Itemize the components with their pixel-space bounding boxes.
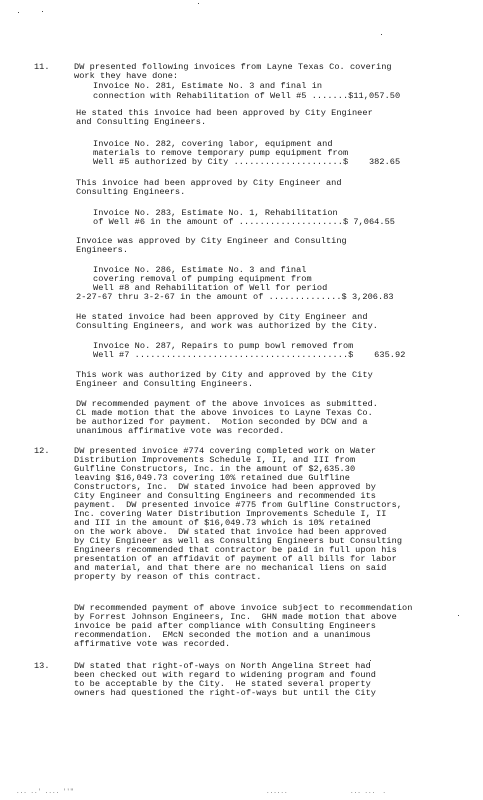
item-number-12: 12. xyxy=(34,446,49,456)
invoice-286-note: Consulting Engineers, and work was autho… xyxy=(76,321,378,331)
invoice-281-line: connection with Rehabilitation of Well #… xyxy=(93,91,400,101)
scan-speck xyxy=(381,34,382,35)
document-page: 11. DW presented following invoices from… xyxy=(0,0,483,800)
item-11-line: work they have done: xyxy=(74,71,178,81)
item-12-line: property by reason of this contract. xyxy=(74,572,261,582)
footer-center-mark: ...... xyxy=(266,788,288,795)
invoice-282-line: Well #5 authorized by City .............… xyxy=(93,157,400,167)
footer-right-mark: ... ... . xyxy=(350,788,386,795)
item-11-closing: unanimous affirmative vote was recorded. xyxy=(76,426,284,436)
item-number-11: 11. xyxy=(34,62,49,72)
scan-speck xyxy=(198,3,199,4)
item-12-closing: affirmative vote was recorded. xyxy=(74,639,230,649)
invoice-283-line: of Well #6 in the amount of ............… xyxy=(93,217,395,227)
invoice-283-note: Engineers. xyxy=(76,245,128,255)
invoice-287-note: Engineer and Consulting Engineers. xyxy=(76,379,253,389)
scan-speck xyxy=(370,660,371,661)
scan-speck xyxy=(18,12,19,13)
invoice-281-note: and Consulting Engineers. xyxy=(76,117,206,127)
invoice-286-line: 2-27-67 thru 3-2-67 in the amount of ...… xyxy=(76,292,394,302)
scan-speck xyxy=(458,615,459,616)
scan-speck xyxy=(42,11,43,12)
footer-left-mark: ... ..' .... ''" xyxy=(16,788,74,795)
invoice-287-line: Well #7 ................................… xyxy=(93,350,405,360)
item-13-line: owners had questioned the right-of-ways … xyxy=(74,688,376,698)
invoice-282-note: Consulting Engineers. xyxy=(76,187,185,197)
item-number-13: 13. xyxy=(34,661,49,671)
invoice-281-line: Invoice No. 281, Estimate No. 3 and fina… xyxy=(93,81,322,91)
